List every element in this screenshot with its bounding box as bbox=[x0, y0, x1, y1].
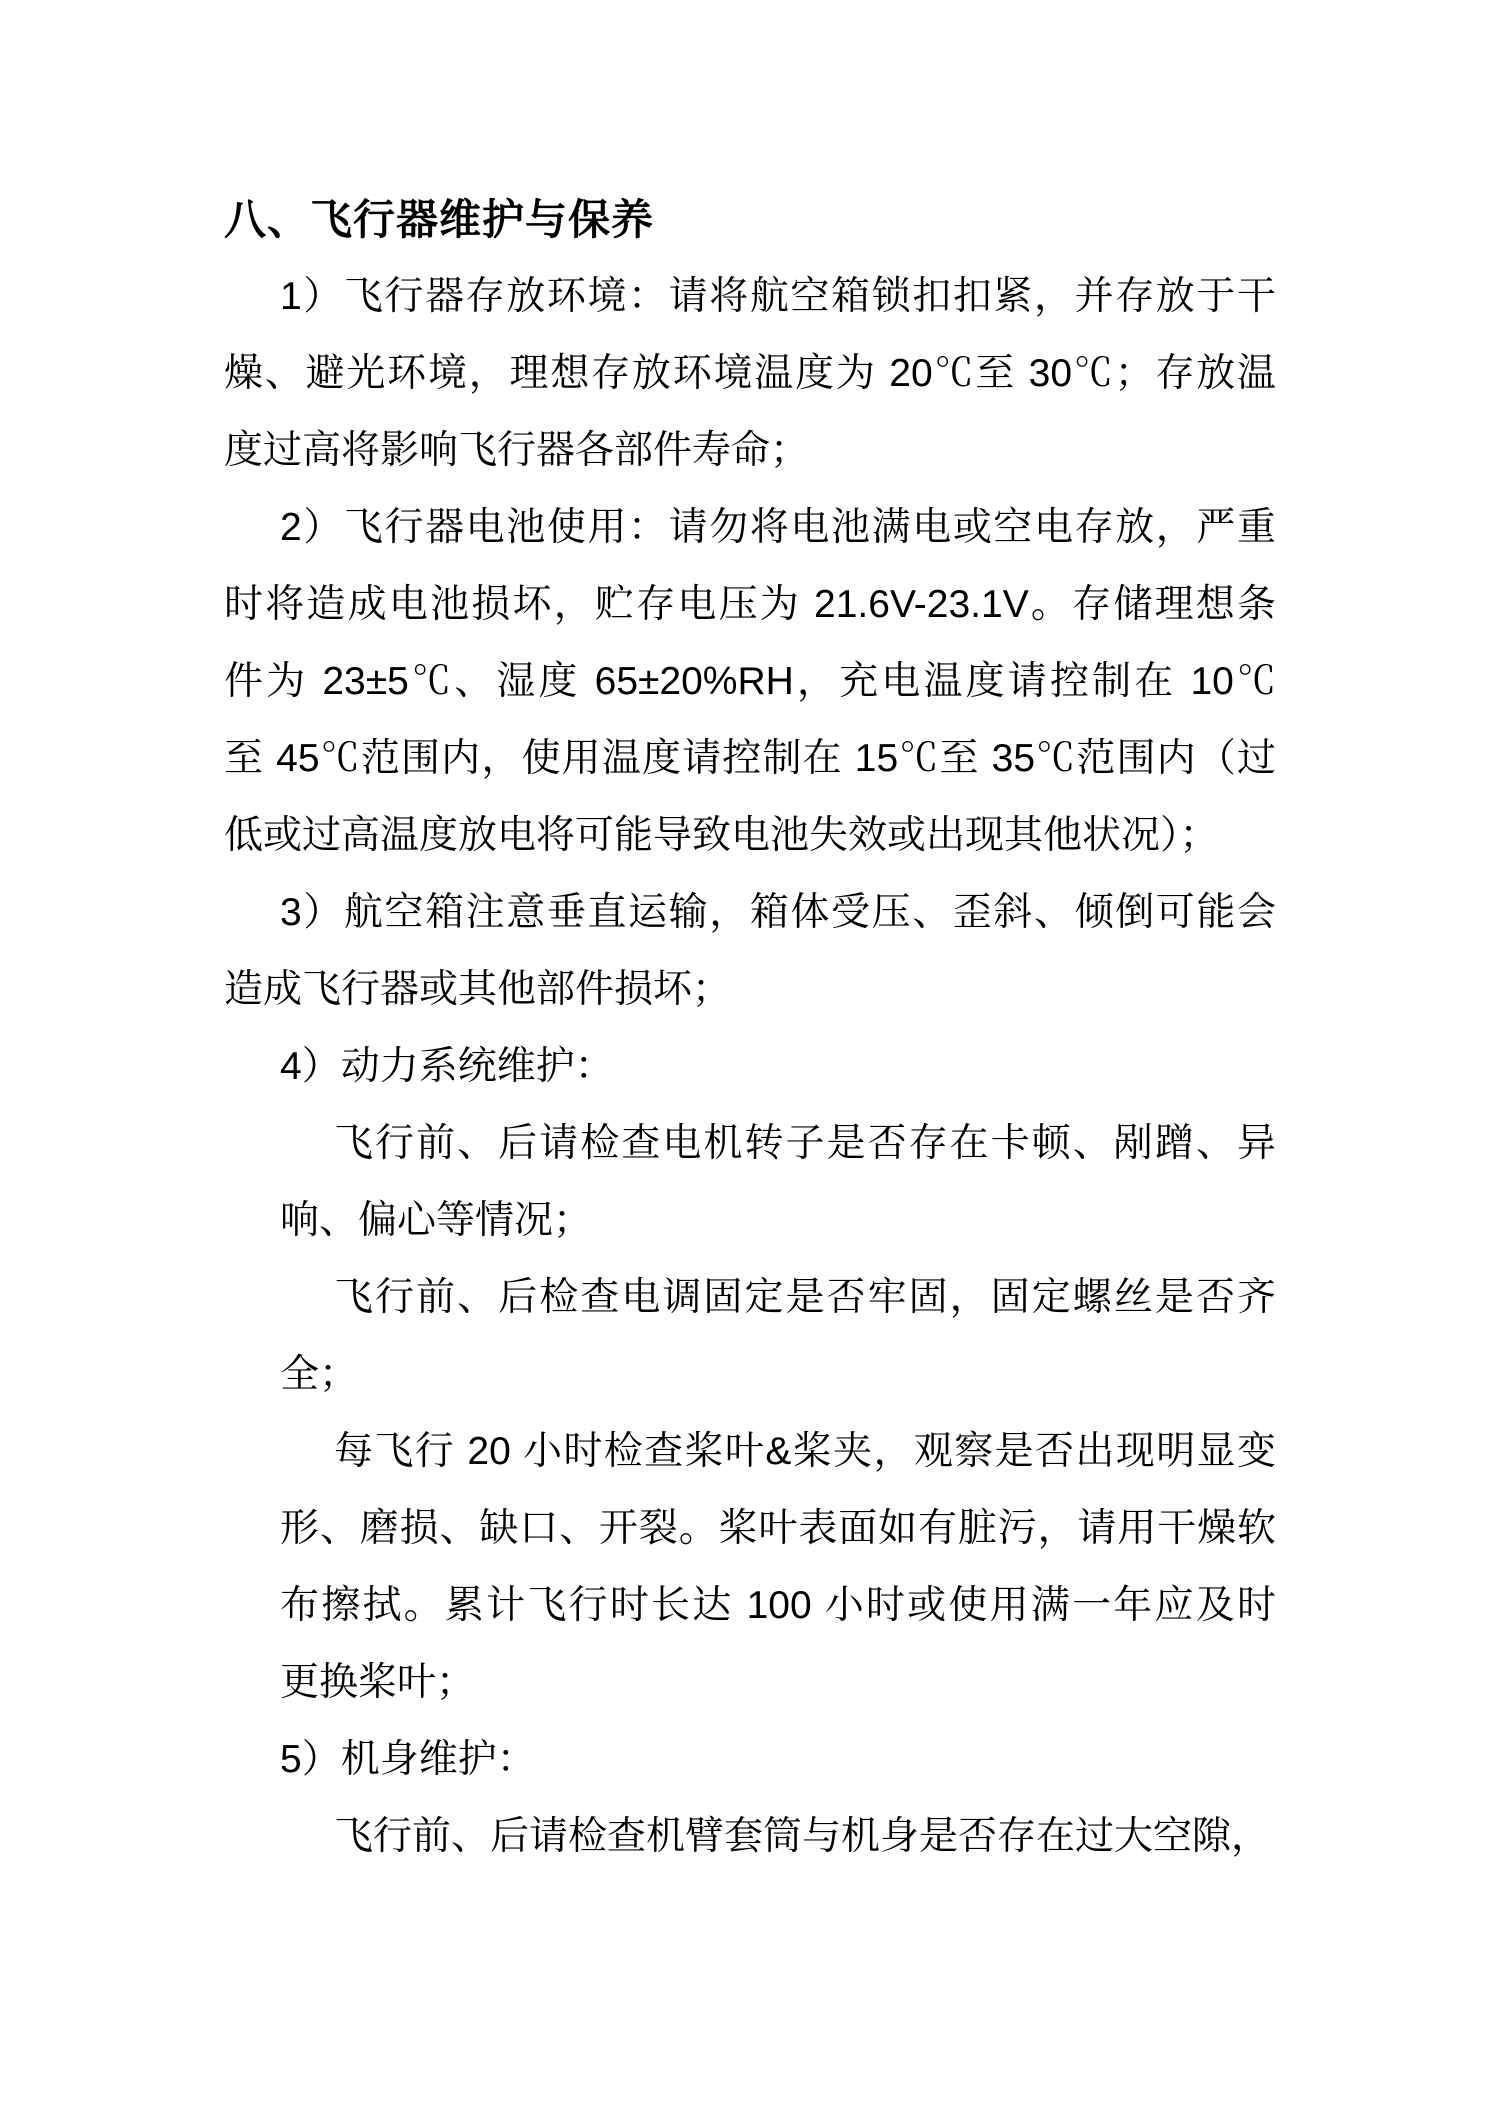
text-line: 燥、避光环境，理想存放环境温度为 20℃至 30℃；存放温 bbox=[224, 335, 1276, 412]
text-line: 至 45℃范围内，使用温度请控制在 15℃至 35℃范围内（过 bbox=[224, 720, 1276, 797]
document-page: 八、飞行器维护与保养 1）飞行器存放环境：请将航空箱锁扣扣紧，并存放于干 燥、避… bbox=[0, 0, 1500, 2121]
text-line: 响、偏心等情况； bbox=[224, 1182, 1276, 1259]
text-line: 4）动力系统维护： bbox=[224, 1028, 1276, 1105]
section-heading: 八、飞行器维护与保养 bbox=[224, 181, 1276, 258]
text-line: 飞行前、后请检查电机转子是否存在卡顿、剐蹭、异 bbox=[224, 1105, 1276, 1182]
text-line: 2）飞行器电池使用：请勿将电池满电或空电存放，严重 bbox=[224, 489, 1276, 566]
text-line: 形、磨损、缺口、开裂。桨叶表面如有脏污，请用干燥软 bbox=[224, 1490, 1276, 1567]
document-content: 八、飞行器维护与保养 1）飞行器存放环境：请将航空箱锁扣扣紧，并存放于干 燥、避… bbox=[224, 181, 1276, 1875]
text-line: 度过高将影响飞行器各部件寿命； bbox=[224, 412, 1276, 489]
text-line: 低或过高温度放电将可能导致电池失效或出现其他状况）； bbox=[224, 797, 1276, 874]
text-line: 时将造成电池损坏，贮存电压为 21.6V-23.1V。存储理想条 bbox=[224, 566, 1276, 643]
text-line: 造成飞行器或其他部件损坏； bbox=[224, 951, 1276, 1028]
text-line: 飞行前、后请检查机臂套筒与机身是否存在过大空隙， bbox=[224, 1798, 1276, 1875]
text-line: 5）机身维护： bbox=[224, 1721, 1276, 1798]
text-line: 件为 23±5℃、湿度 65±20%RH，充电温度请控制在 10℃ bbox=[224, 643, 1276, 720]
text-line: 布擦拭。累计飞行时长达 100 小时或使用满一年应及时 bbox=[224, 1567, 1276, 1644]
text-line: 3）航空箱注意垂直运输，箱体受压、歪斜、倾倒可能会 bbox=[224, 874, 1276, 951]
text-line: 飞行前、后检查电调固定是否牢固，固定螺丝是否齐 bbox=[224, 1259, 1276, 1336]
text-line: 更换桨叶； bbox=[224, 1644, 1276, 1721]
text-line: 每飞行 20 小时检查桨叶&桨夹，观察是否出现明显变 bbox=[224, 1413, 1276, 1490]
text-line: 1）飞行器存放环境：请将航空箱锁扣扣紧，并存放于干 bbox=[224, 258, 1276, 335]
text-line: 全； bbox=[224, 1336, 1276, 1413]
